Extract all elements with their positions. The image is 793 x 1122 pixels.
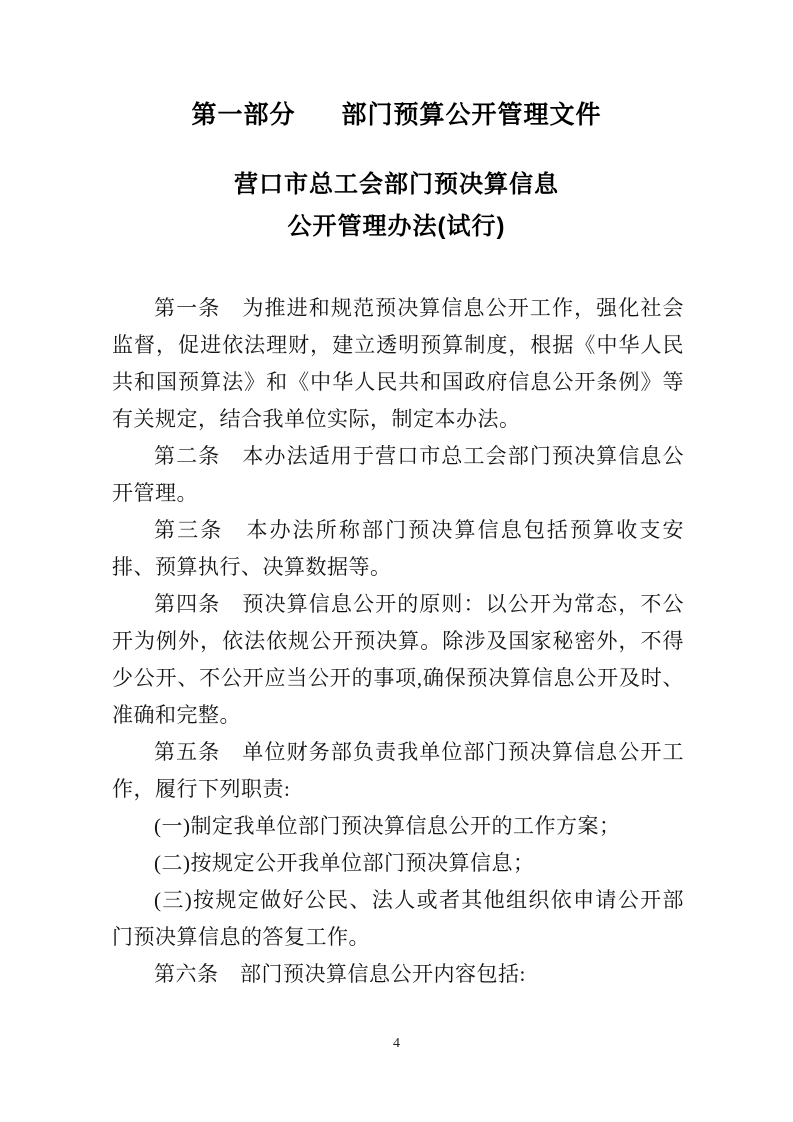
document-page: 第一部分部门预算公开管理文件 营口市总工会部门预决算信息 公开管理办法(试行) …: [0, 0, 793, 1122]
paragraph: 第三条 本办法所称部门预决算信息包括预算收支安排、预算执行、决算数据等。: [112, 512, 684, 586]
paragraph: (三)按规定做好公民、法人或者其他组织依申请公开部门预决算信息的答复工作。: [112, 882, 684, 956]
document-title-line2: 公开管理办法(试行): [0, 206, 793, 248]
page-number: 4: [0, 1036, 793, 1052]
paragraph: 第五条 单位财务部负责我单位部门预决算信息公开工作，履行下列职责:: [112, 734, 684, 808]
paragraph: (一)制定我单位部门预决算信息公开的工作方案；: [112, 808, 684, 845]
paragraph: (二)按规定公开我单位部门预决算信息；: [112, 845, 684, 882]
part-heading-label: 第一部分: [191, 101, 295, 129]
document-title: 营口市总工会部门预决算信息 公开管理办法(试行): [0, 164, 793, 248]
part-heading: 第一部分部门预算公开管理文件: [0, 0, 793, 128]
paragraph: 第四条 预决算信息公开的原则：以公开为常态，不公开为例外，依法依规公开预决算。除…: [112, 586, 684, 734]
paragraph: 第六条 部门预决算信息公开内容包括:: [112, 956, 684, 993]
paragraph: 第一条 为推进和规范预决算信息公开工作，强化社会监督，促进依法理财，建立透明预算…: [112, 290, 684, 438]
document-body: 第一条 为推进和规范预决算信息公开工作，强化社会监督，促进依法理财，建立透明预算…: [112, 290, 684, 993]
part-heading-title: 部门预算公开管理文件: [342, 101, 602, 129]
document-title-line1: 营口市总工会部门预决算信息: [0, 164, 793, 206]
paragraph: 第二条 本办法适用于营口市总工会部门预决算信息公开管理。: [112, 438, 684, 512]
